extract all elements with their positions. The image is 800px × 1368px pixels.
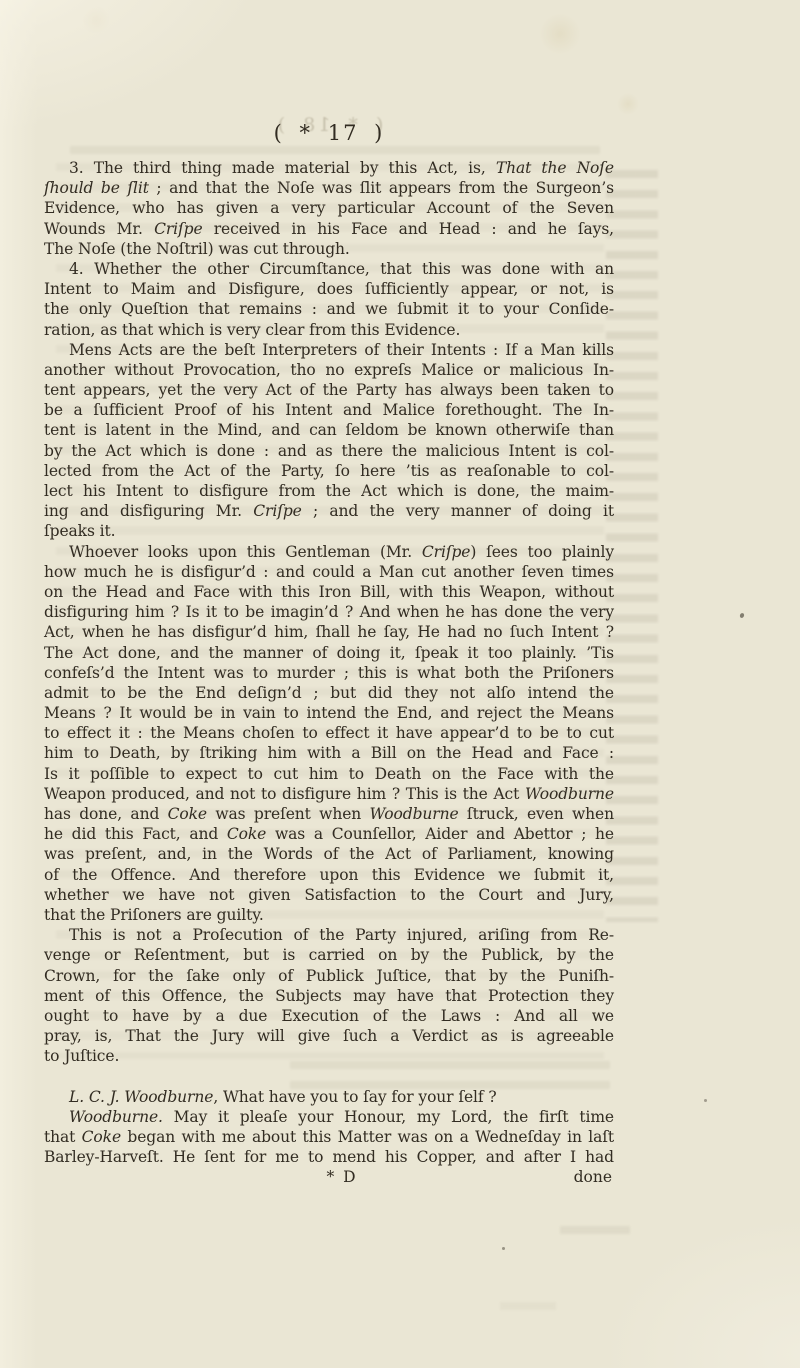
text-line: tent is latent in the Mind, and can ſeld…: [44, 420, 614, 440]
text-line: ſhould be ſlit ; and that the Noſe was ſ…: [44, 178, 614, 198]
text-line: ought to have by a due Execution of the …: [44, 1006, 614, 1026]
text-line: lected from the Act of the Party, ſo her…: [44, 461, 614, 481]
text-line: he did this Fact, and Coke was a Counſel…: [44, 824, 614, 844]
text-segment: Mens Acts are the beſt Interpreters of t…: [69, 341, 614, 359]
text-segment: confeſs’d the Intent was to murder ; thi…: [44, 664, 614, 682]
text-segment: how much he is disfigur’d : and could a …: [44, 563, 614, 581]
text-line: to Juſtice.: [44, 1046, 614, 1066]
text-line: confeſs’d the Intent was to murder ; thi…: [44, 663, 614, 683]
page-number-header: ( * 17 ): [44, 121, 614, 151]
catchword: done: [574, 1167, 612, 1187]
scanned-book-page: ( * 18 ) ( * 17 ) 3. The third thing mad…: [0, 0, 800, 1368]
text-segment: on the Head and Face with this Iron Bill…: [44, 583, 614, 601]
text-block: 3. The third thing made material by this…: [44, 158, 614, 1167]
text-line: by the Act which is done : and as there …: [44, 441, 614, 461]
italic-text-segment: Woodburne: [525, 785, 614, 803]
text-segment: that the Priſoners are guilty.: [44, 906, 264, 924]
italic-text-segment: Woodburne.: [69, 1108, 163, 1126]
text-line: Woodburne. May it pleaſe your Honour, my…: [44, 1107, 614, 1127]
text-segment: venge or Reſentment, but is carried on b…: [44, 946, 614, 964]
text-line: Barley-Harveſt. He ſent for me to mend h…: [44, 1147, 614, 1167]
text-line: on the Head and Face with this Iron Bill…: [44, 582, 614, 602]
text-line: to effect it : the Means choſen to effec…: [44, 723, 614, 743]
text-segment: Intent to Maim and Disfigure, does ſuffi…: [44, 280, 614, 298]
text-line: that Coke began with me about this Matte…: [44, 1127, 614, 1147]
text-line: venge or Reſentment, but is carried on b…: [44, 945, 614, 965]
text-segment: admit to be the End deſign’d ; but did t…: [44, 684, 614, 702]
text-segment: ; and that the Noſe was ſlit appears fro…: [149, 179, 614, 197]
text-segment: began with me about this Matter was on a…: [121, 1128, 614, 1146]
italic-text-segment: Criſpe: [253, 502, 301, 520]
italic-text-segment: Criſpe: [422, 543, 470, 561]
text-line: pray, is, That the Jury will give ſuch a…: [44, 1026, 614, 1046]
text-line: ing and disfiguring Mr. Criſpe ; and the…: [44, 501, 614, 521]
text-segment: ſpeaks it.: [44, 522, 115, 540]
text-line: 4. Whether the other Circumſtance, that …: [44, 259, 614, 279]
text-segment: received in his Face and Head : and he ſ…: [203, 220, 614, 238]
text-line: how much he is disfigur’d : and could a …: [44, 562, 614, 582]
text-segment: disfiguring him ? Is it to be imagin’d ?…: [44, 603, 614, 621]
text-segment: pray, is, That the Jury will give ſuch a…: [44, 1027, 614, 1045]
text-segment: was a Counſellor, Aider and Abettor ; he: [266, 825, 614, 843]
text-segment: Weapon produced, and not to disfigure hi…: [44, 785, 525, 803]
ink-speck: [704, 1099, 707, 1102]
text-line: 3. The third thing made material by this…: [44, 158, 614, 178]
text-segment: lect his Intent to disfigure from the Ac…: [44, 482, 614, 500]
text-line: was preſent, and, in the Words of the Ac…: [44, 844, 614, 864]
ink-speck: [739, 612, 745, 618]
text-segment: Whoever looks upon this Gentleman (Mr.: [69, 543, 422, 561]
text-segment: Wounds Mr.: [44, 220, 154, 238]
text-line: Evidence, who has given a very particula…: [44, 198, 614, 218]
text-segment: the only Queſtion that remains : and we …: [44, 300, 614, 318]
text-segment: ing and disfiguring Mr.: [44, 502, 253, 520]
italic-text-segment: Coke: [82, 1128, 121, 1146]
text-segment: has done, and: [44, 805, 168, 823]
signature-mark: * D: [44, 1167, 614, 1187]
text-line: Is it poſſible to expect to cut him to D…: [44, 764, 614, 784]
bleedthrough-smudge: [560, 1226, 630, 1239]
text-line: tent appears, yet the very Act of the Pa…: [44, 380, 614, 400]
text-segment: by the Act which is done : and as there …: [44, 442, 614, 460]
text-line: L. C. J. Woodburne, What have you to ſay…: [44, 1087, 614, 1107]
text-line: Mens Acts are the beſt Interpreters of t…: [44, 340, 614, 360]
text-segment: The Noſe (the Noſtril) was cut through.: [44, 240, 350, 258]
text-segment: ; and the very manner of doing it: [302, 502, 614, 520]
text-segment: another without Provocation, tho no expr…: [44, 361, 614, 379]
text-line: The Act done, and the manner of doing it…: [44, 643, 614, 663]
text-line: him to Death, by ſtriking him with a Bil…: [44, 743, 614, 763]
text-segment: tent appears, yet the very Act of the Pa…: [44, 381, 614, 399]
text-line: Act, when he has disfigur’d him, ſhall h…: [44, 622, 614, 642]
text-segment: May it pleaſe your Honour, my Lord, the …: [163, 1108, 614, 1126]
italic-text-segment: Coke: [168, 805, 207, 823]
text-segment: Crown, for the ſake only of Publick Juſt…: [44, 967, 614, 985]
text-segment: The Act done, and the manner of doing it…: [44, 644, 614, 662]
text-segment: was preſent, and, in the Words of the Ac…: [44, 845, 614, 863]
text-line: disfiguring him ? Is it to be imagin’d ?…: [44, 602, 614, 622]
text-segment: that: [44, 1128, 82, 1146]
text-segment: Is it poſſible to expect to cut him to D…: [44, 765, 614, 783]
text-segment: whether we have not given Satisfaction t…: [44, 886, 614, 904]
text-line: another without Provocation, tho no expr…: [44, 360, 614, 380]
text-segment: ought to have by a due Execution of the …: [44, 1007, 614, 1025]
text-line: ration, as that which is very clear from…: [44, 320, 614, 340]
text-line: Crown, for the ſake only of Publick Juſt…: [44, 966, 614, 986]
text-segment: tent is latent in the Mind, and can ſeld…: [44, 421, 614, 439]
text-segment: ration, as that which is very clear from…: [44, 321, 460, 339]
italic-text-segment: That the Noſe: [496, 159, 614, 177]
italic-text-segment: Criſpe: [154, 220, 202, 238]
text-segment: to Juſtice.: [44, 1047, 119, 1065]
text-line: be a ſufficient Proof of his Intent and …: [44, 400, 614, 420]
text-segment: him to Death, by ſtriking him with a Bil…: [44, 744, 614, 762]
paragraph-gap: [44, 1066, 614, 1086]
bleedthrough-smudge: [500, 1302, 556, 1313]
signature-line: * D done: [44, 1167, 614, 1188]
text-segment: be a ſufficient Proof of his Intent and …: [44, 401, 614, 419]
text-segment: lected from the Act of the Party, ſo her…: [44, 462, 614, 480]
text-segment: 3. The third thing made material by this…: [69, 159, 496, 177]
text-line: that the Priſoners are guilty.: [44, 905, 614, 925]
italic-text-segment: Woodburne: [370, 805, 459, 823]
text-line: This is not a Proſecution of the Party i…: [44, 925, 614, 945]
text-line: admit to be the End deſign’d ; but did t…: [44, 683, 614, 703]
text-segment: he did this Fact, and: [44, 825, 227, 843]
text-line: Weapon produced, and not to disfigure hi…: [44, 784, 614, 804]
text-segment: 4. Whether the other Circumſtance, that …: [69, 260, 614, 278]
italic-text-segment: L. C. J. Woodburne: [69, 1088, 213, 1106]
text-line: ment of this Offence, the Subjects may h…: [44, 986, 614, 1006]
ink-speck: [502, 1247, 505, 1250]
text-line: of the Offence. And therefore upon this …: [44, 865, 614, 885]
text-segment: Act, when he has disfigur’d him, ſhall h…: [44, 623, 614, 641]
text-segment: of the Offence. And therefore upon this …: [44, 866, 614, 884]
text-line: whether we have not given Satisfaction t…: [44, 885, 614, 905]
text-segment: was preſent when: [207, 805, 370, 823]
text-line: ſpeaks it.: [44, 521, 614, 541]
text-line: Means ? It would be in vain to intend th…: [44, 703, 614, 723]
text-line: lect his Intent to disfigure from the Ac…: [44, 481, 614, 501]
text-segment: ſtruck, even when: [459, 805, 614, 823]
text-segment: to effect it : the Means choſen to effec…: [44, 724, 614, 742]
text-segment: ) ſees too plainly: [470, 543, 614, 561]
italic-text-segment: ſhould be ſlit: [44, 179, 149, 197]
text-line: Whoever looks upon this Gentleman (Mr. C…: [44, 542, 614, 562]
text-segment: Evidence, who has given a very particula…: [44, 199, 614, 217]
text-line: the only Queſtion that remains : and we …: [44, 299, 614, 319]
text-line: has done, and Coke was preſent when Wood…: [44, 804, 614, 824]
text-line: Wounds Mr. Criſpe received in his Face a…: [44, 219, 614, 239]
text-segment: , What have you to ſay for your ſelf ?: [213, 1088, 496, 1106]
italic-text-segment: Coke: [227, 825, 266, 843]
text-line: Intent to Maim and Disfigure, does ſuffi…: [44, 279, 614, 299]
text-segment: This is not a Proſecution of the Party i…: [69, 926, 614, 944]
text-segment: Barley-Harveſt. He ſent for me to mend h…: [44, 1148, 614, 1166]
text-line: The Noſe (the Noſtril) was cut through.: [44, 239, 614, 259]
text-segment: Means ? It would be in vain to intend th…: [44, 704, 614, 722]
text-segment: ment of this Offence, the Subjects may h…: [44, 987, 614, 1005]
